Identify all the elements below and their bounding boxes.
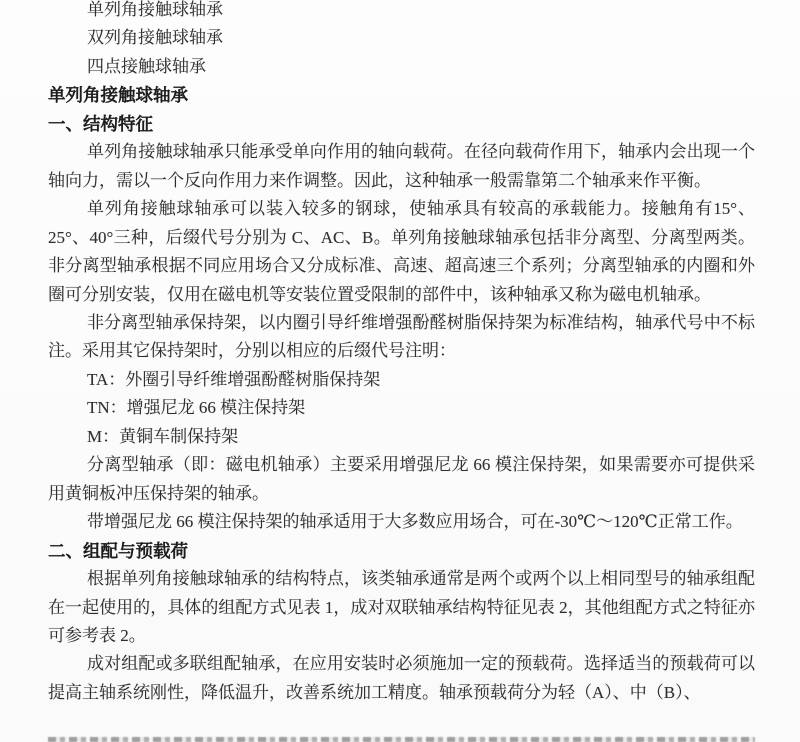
paragraph-cage-standard: 非分离型轴承保持架，以内圈引导纤维增强酚醛树脂保持架为标准结构，轴承代号中不标注… bbox=[48, 309, 755, 366]
clipped-text-line bbox=[48, 737, 755, 742]
section-heading-preload: 二、组配与预载荷 bbox=[48, 537, 755, 565]
paragraph-temperature-range: 带增强尼龙 66 模注保持架的轴承适用于大多数应用场合，可在-30℃～120℃正… bbox=[48, 508, 755, 536]
toc-line-double-row: 双列角接触球轴承 bbox=[48, 24, 755, 52]
cage-code-line-m: M：黄铜车制保持架 bbox=[48, 423, 755, 451]
document-flow: 单列角接触球轴承 双列角接触球轴承 四点接触球轴承 单列角接触球轴承 一、结构特… bbox=[0, 0, 800, 707]
cage-code-line-ta: TA：外圈引导纤维增强酚醛树脂保持架 bbox=[48, 366, 755, 394]
paragraph-axial-load: 单列角接触球轴承只能承受单向作用的轴向载荷。在径向载荷作用下，轴承内会出现一个轴… bbox=[48, 138, 755, 195]
paragraph-preload-grades: 成对组配或多联组配轴承，在应用安装时必须施加一定的预载荷。选择适当的预载荷可以提… bbox=[48, 650, 755, 707]
paragraph-separable-cage: 分离型轴承（即：磁电机轴承）主要采用增强尼龙 66 模注保持架，如果需要亦可提供… bbox=[48, 451, 755, 508]
section-heading-structure: 一、结构特征 bbox=[48, 110, 755, 138]
paragraph-matching-tables: 根据单列角接触球轴承的结构特点，该类轴承通常是两个或两个以上相同型号的轴承组配在… bbox=[48, 565, 755, 650]
cage-code-line-tn: TN：增强尼龙 66 模注保持架 bbox=[48, 394, 755, 422]
document-page: 单列角接触球轴承 双列角接触球轴承 四点接触球轴承 单列角接触球轴承 一、结构特… bbox=[0, 0, 800, 742]
toc-line-four-point: 四点接触球轴承 bbox=[48, 53, 755, 81]
document-title: 单列角接触球轴承 bbox=[48, 81, 755, 109]
toc-line-single-row: 单列角接触球轴承 bbox=[48, 0, 755, 24]
paragraph-contact-angle: 单列角接触球轴承可以装入较多的钢球，使轴承具有较高的承载能力。接触角有15°、2… bbox=[48, 195, 755, 309]
